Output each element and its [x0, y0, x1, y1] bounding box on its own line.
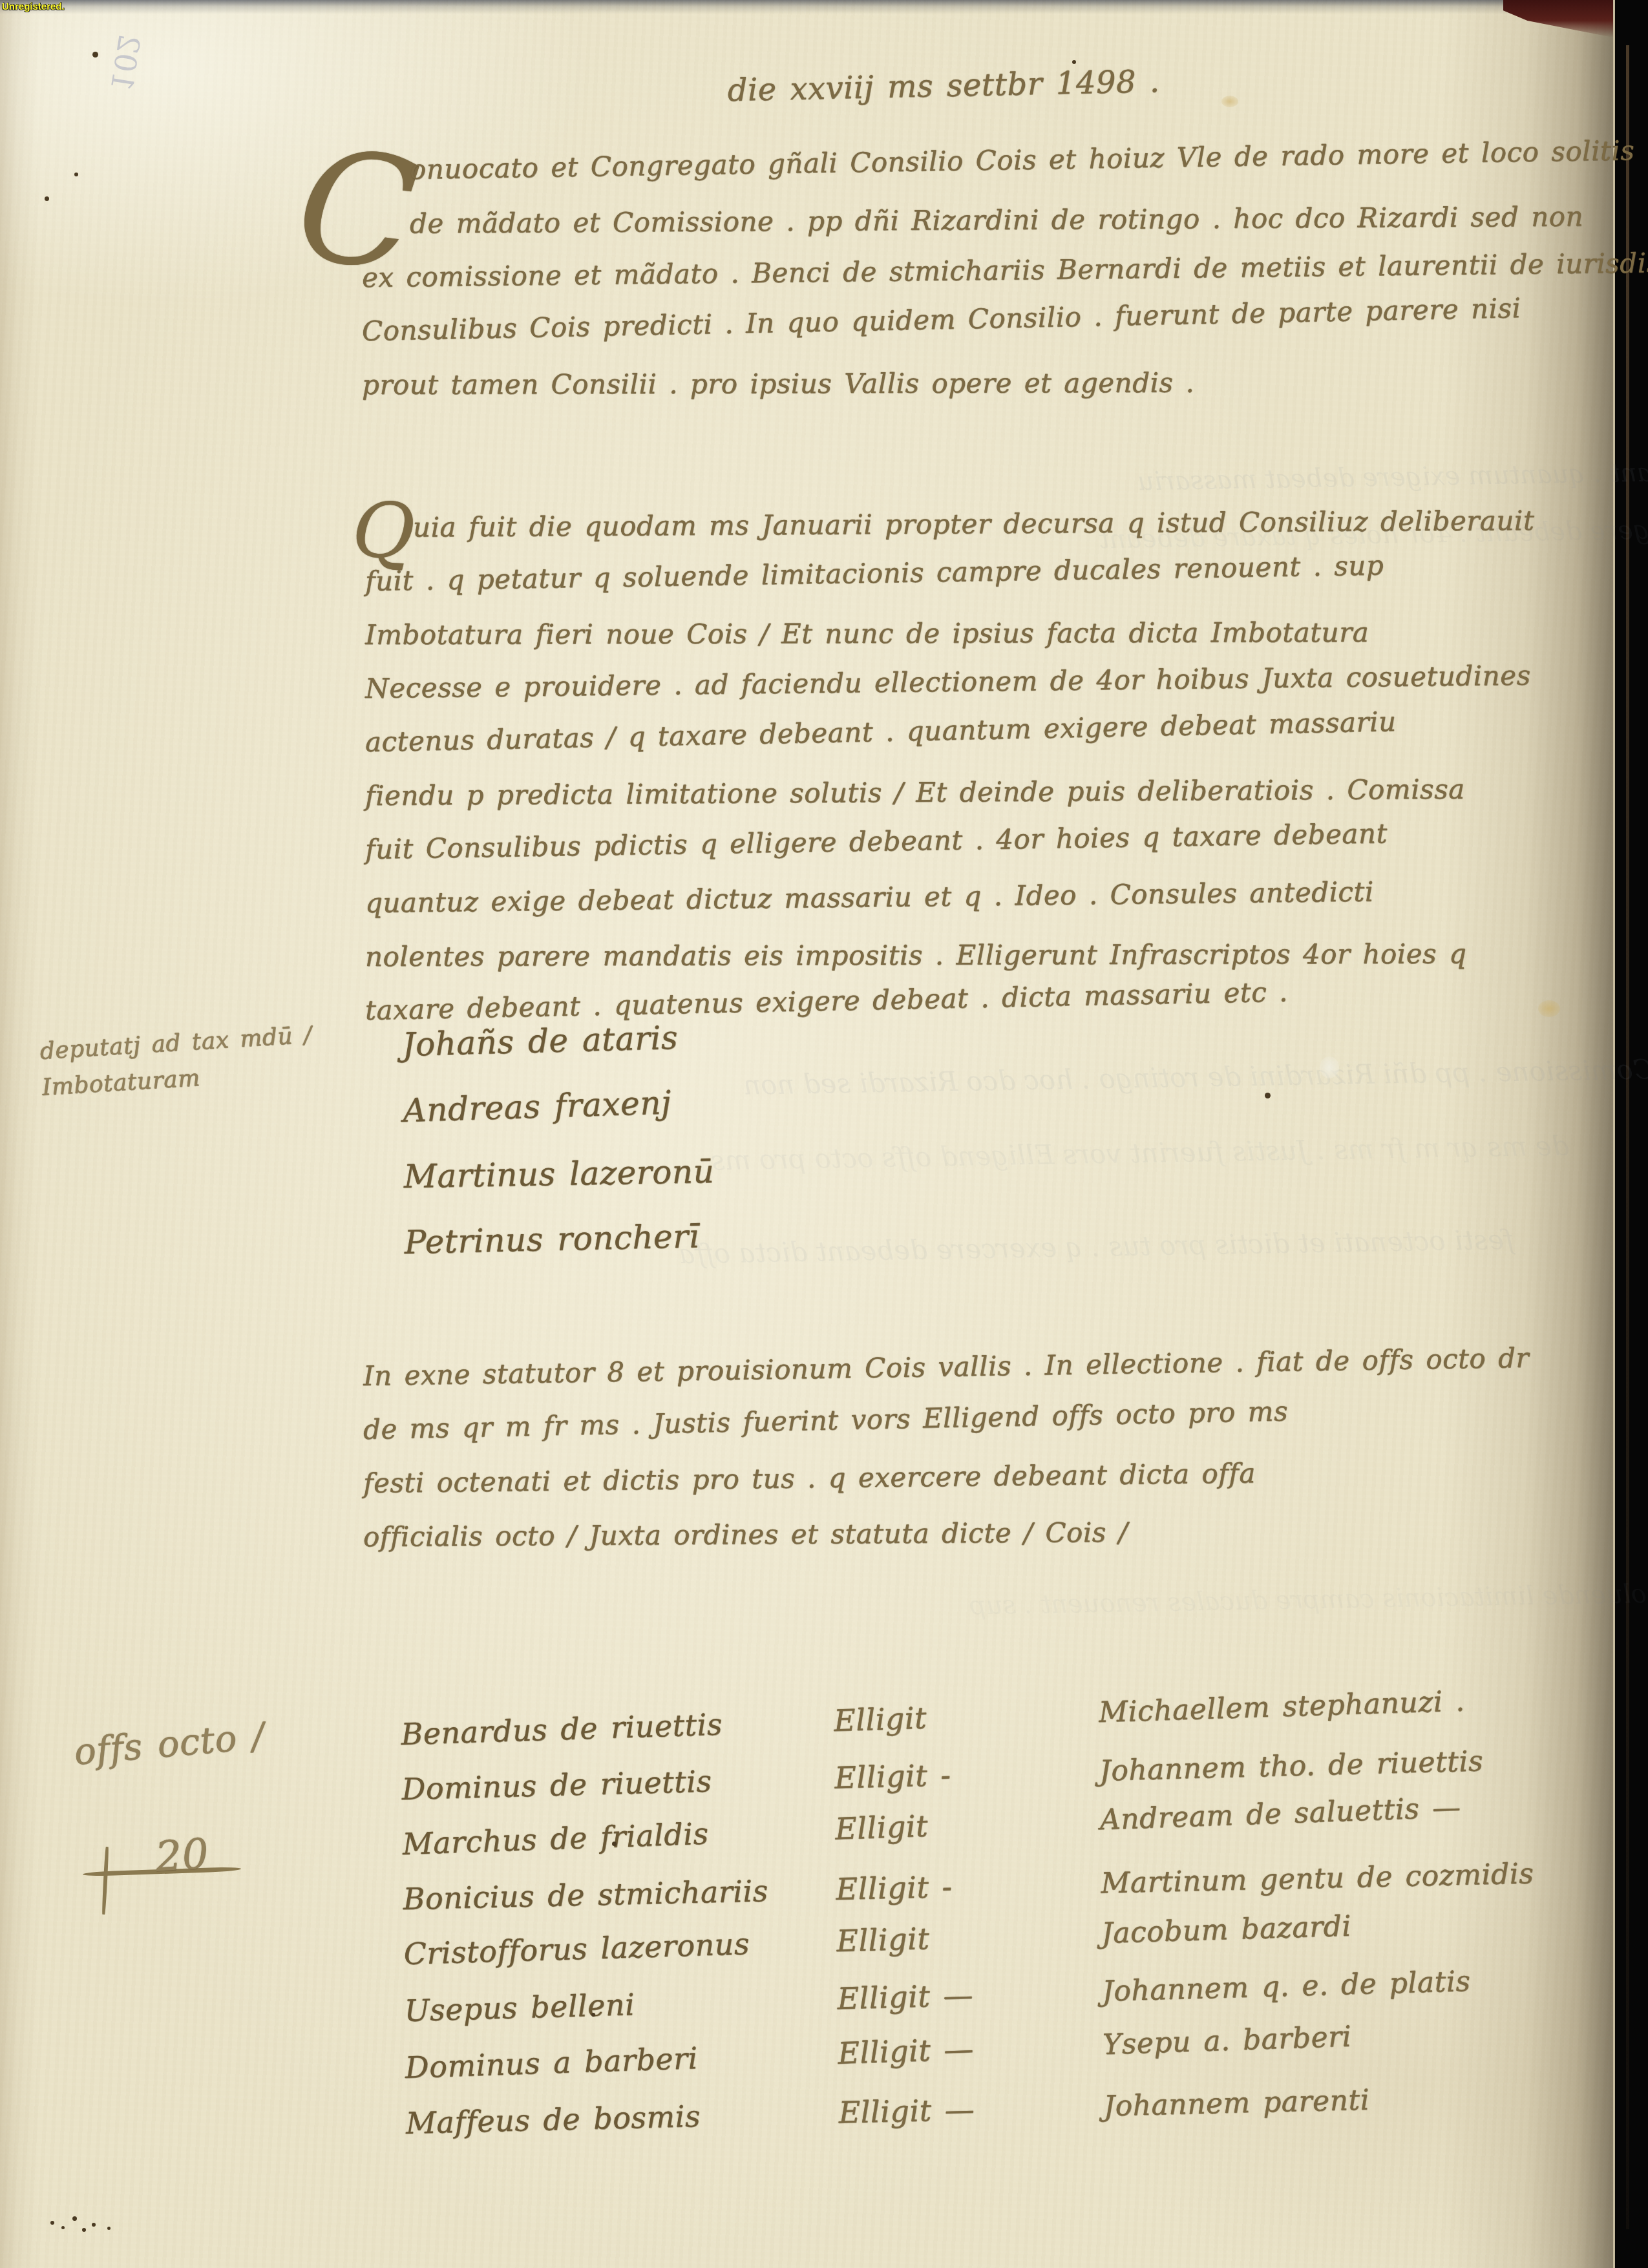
deputy-name: Petrinus roncherī [404, 1203, 716, 1276]
ink-speck [1072, 60, 1076, 64]
elligit-mark: Elligit [833, 1685, 1093, 1748]
elector-name: Maffeus de bosmis [405, 2086, 820, 2151]
paragraph-deliberation: uia fuit die quodam ms Januarii propter … [365, 501, 1534, 1037]
deputy-name: Andreas fraxenj [402, 1068, 714, 1144]
paper-stain [1221, 96, 1238, 107]
deputy-name: Martinus lazeronū [403, 1139, 715, 1210]
elligit-mark: Elligit — [836, 1964, 1096, 2026]
ink-speck [92, 2223, 96, 2227]
scanned-book-photo: { "scan": { "watermark": "Unregistered."… [0, 0, 1648, 2268]
elligit-mark: Elligit — [838, 2079, 1098, 2141]
margin-count: 20 [154, 1830, 210, 1882]
ink-speck [50, 2221, 54, 2225]
paper-stain [1320, 1056, 1339, 1078]
paper-stain [1538, 1000, 1560, 1017]
unregistered-watermark: Unregistered. [2, 1, 65, 12]
deputies-list: Johañs de ataris Andreas fraxenj Martinu… [402, 1009, 715, 1276]
deputy-name: Johañs de ataris [401, 1003, 713, 1078]
ink-speck [45, 196, 49, 201]
ink-speck [72, 2216, 77, 2221]
ink-speck [612, 1842, 617, 1846]
ink-speck [61, 2226, 65, 2229]
manuscript-line: festi octenati et dictis pro tus . q exe… [363, 1444, 1530, 1510]
ink-speck [74, 173, 78, 176]
elligit-mark: Elligit [836, 1906, 1095, 1969]
ink-speck [92, 52, 98, 58]
ink-speck [82, 2228, 86, 2232]
ink-speck [591, 2013, 595, 2017]
elligit-mark: Elligit [834, 1793, 1095, 1857]
manuscript-line: officialis octo / Juxta ordines et statu… [363, 1503, 1530, 1564]
paragraph-statutes: In exne statutor 8 et prouisionum Cois v… [363, 1349, 1529, 1564]
ink-speck [107, 2227, 111, 2230]
ink-speck [1265, 1093, 1271, 1098]
manuscript-line: prout tamen Consilii . pro ipsius Vallis… [362, 354, 1648, 412]
elligit-mark: Elligit — [837, 2018, 1097, 2081]
paragraph-convocation: onuocato et Congregato gñali Consilio Co… [362, 143, 1648, 412]
